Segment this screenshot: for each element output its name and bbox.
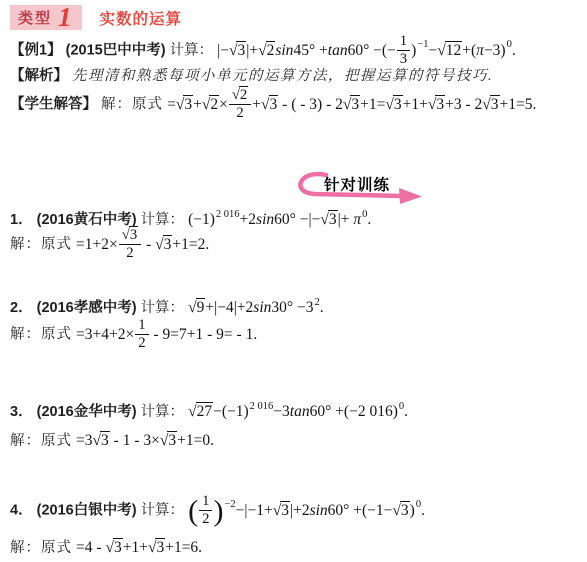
problem-3-solution: 解：原式 =3√3 - 1 - 3×√3+1=0. [10,429,585,450]
example-source: (2015巴中中考) [66,43,166,59]
textbook-page: 类型 1 实数的运算 【例1】 (2015巴中中考) 计算： |−√3|+√2s… [0,0,587,562]
problem-compute-label: 计算： [141,212,185,228]
training-section-badge: 针对训练 [286,167,436,205]
problem-source: (2016黄石中考) [37,212,137,228]
problem-2-solution: 解：原式 =3+4+2×12 - 9=7+1 - 9= - 1. [10,318,585,352]
solution-expression: =3√3 - 1 - 3×√3+1=0. [76,432,214,449]
problem-4-statement: 4． (2016白银中考) 计算： (12)−2−|−1+√3|+2sin60°… [10,494,585,528]
problem-1-statement: 1． (2016黄石中考) 计算： (−1)2 016+2sin60° −|−√… [10,208,585,229]
solution-label: 解：原式 [10,433,72,449]
type-badge-number: 1 [58,7,72,28]
type-badge-label: 类型 [18,9,52,28]
example-label: 【例1】 [10,43,62,59]
problem-number: 1． [10,212,33,228]
example-solution-expression: =√3+√2×√22+√3 - ( - 3) - 2√3+1=√3+1+√3+3… [167,96,536,113]
example-compute-label: 计算： [170,43,214,59]
page-header: 类型 1 实数的运算 [10,5,585,30]
page-title: 实数的运算 [100,7,183,29]
analysis-text: 先理清和熟悉每项小单元的运算方法，把握运算的符号技巧. [72,68,494,84]
solution-expression: =3+4+2×12 - 9=7+1 - 9= - 1. [76,326,257,343]
solution-expression: =4 - √3+1+√3+1=6. [76,539,202,556]
problem-expression: √27−(−1)2 016−3tan60° +(−2 016)0. [188,403,408,420]
problem-number: 4． [10,503,33,519]
problem-source: (2016白银中考) [37,503,137,519]
problem-compute-label: 计算： [141,300,185,316]
problem-compute-label: 计算： [141,404,185,420]
problem-compute-label: 计算： [141,503,185,519]
problem-3-statement: 3． (2016金华中考) 计算： √27−(−1)2 016−3tan60° … [10,400,585,421]
student-answer-label: 【学生解答】 [10,97,97,113]
solution-label: 解：原式 [10,327,72,343]
example-analysis: 【解析】 先理清和熟悉每项小单元的运算方法，把握运算的符号技巧. [10,64,585,85]
problem-expression: √9+|−4|+2sin30° −32. [188,299,324,316]
problem-number: 2． [10,300,33,316]
type-badge: 类型 1 [10,5,82,30]
problem-number: 3． [10,404,33,420]
problem-1-solution: 解：原式 =1+2×√32 - √3+1=2. [10,228,585,262]
problem-source: (2016金华中考) [37,404,137,420]
analysis-label: 【解析】 [10,68,68,84]
example-expression: |−√3|+√2sin45° +tan60° −(−13)−1−√12+(π−3… [217,42,516,59]
solution-label: 解：原式 [10,540,72,556]
problem-4-solution: 解：原式 =4 - √3+1+√3+1=6. [10,536,585,557]
training-badge-label: 针对训练 [324,173,390,195]
solution-expression: =1+2×√32 - √3+1=2. [76,236,209,253]
problem-2-statement: 2． (2016孝感中考) 计算： √9+|−4|+2sin30° −32. [10,296,585,317]
problem-source: (2016孝感中考) [37,300,137,316]
solution-label: 解：原式 [10,237,72,253]
problem-expression: (12)−2−|−1+√3|+2sin60° +(−1−√3)0. [188,502,425,519]
example-student-answer: 【学生解答】 解：原式 =√3+√2×√22+√3 - ( - 3) - 2√3… [10,88,585,122]
solution-label: 解：原式 [101,97,163,113]
problem-expression: (−1)2 016+2sin60° −|−√3|+ π0. [188,211,371,228]
example-statement: 【例1】 (2015巴中中考) 计算： |−√3|+√2sin45° +tan6… [10,34,585,68]
